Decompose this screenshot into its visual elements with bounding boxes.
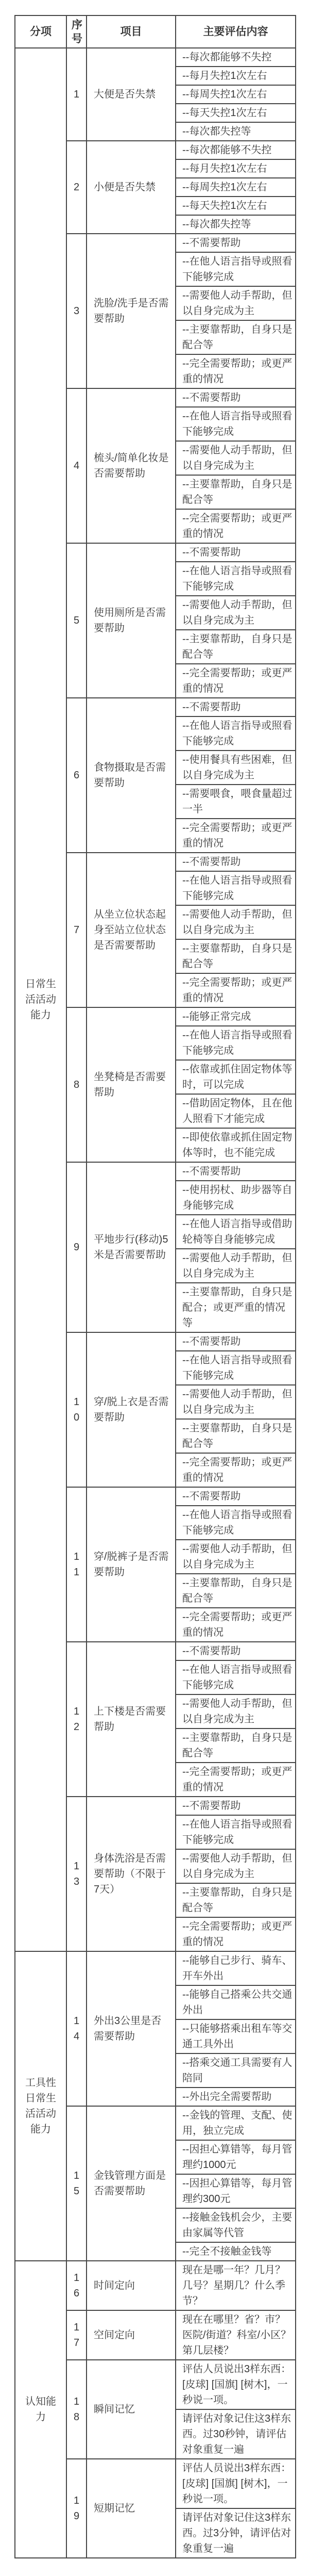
assessment-content-cell: --完全不接触金钱等 [176, 2242, 296, 2261]
assessment-content-cell: --使用拐杖、助步器等自身能够完成 [176, 1181, 296, 1215]
assessment-content-cell: --每次都失控等 [176, 215, 296, 234]
item-number-cell: 18 [66, 2360, 87, 2459]
assessment-content-cell: --完全需要帮助；或更严重的情况 [176, 1917, 296, 1951]
item-number-cell: 1 [66, 48, 87, 141]
assessment-content-cell: --每次都失控等 [176, 122, 296, 141]
assessment-content-cell: --不需要帮助 [176, 1642, 296, 1660]
assessment-content-cell: 现在在哪里？省？市？医院/街道？科室/小区？第几层楼？ [176, 2310, 296, 2360]
item-number-cell: 9 [66, 1162, 87, 1332]
assessment-content-cell: --借助固定物体，且在他人照看下才能完成 [176, 1094, 296, 1128]
table-row: 日常生活活动能力1大便是否失禁--每次都能够不失控 [15, 48, 296, 67]
item-name-cell: 小便是否失禁 [87, 141, 176, 234]
assessment-content-cell: --需要他人动手帮助，但以自身完成为主 [176, 596, 296, 630]
category-cell: 日常生活活动能力 [15, 48, 66, 1951]
assessment-content-cell: --在他人语言指导或照看下能够完成 [176, 1351, 296, 1385]
item-number-cell: 19 [66, 2459, 87, 2558]
assessment-content-cell: --能够自己搭乘公共交通外出 [176, 1985, 296, 2019]
assessment-content-cell: --能够正常完成 [176, 1007, 296, 1026]
assessment-content-cell: --每周失控1次左右 [176, 178, 296, 197]
assessment-content-cell: --在他人语言指导或照看下能够完成 [176, 1815, 296, 1849]
assessment-content-cell: --在他人语言指导或照看下能够完成 [176, 407, 296, 441]
assessment-content-cell: --搭乘交通工具需要有人陪同 [176, 2053, 296, 2088]
header-number: 序号 [66, 15, 87, 48]
assessment-content-cell: --在他人语言指导或照看下能够完成 [176, 252, 296, 286]
assessment-content-cell: --主要靠帮助，自身只是配合等 [176, 939, 296, 973]
item-name-cell: 外出3公里是否需要帮助 [87, 1951, 176, 2106]
header-category: 分项 [15, 15, 66, 48]
assessment-content-cell: 现在是哪一年？几月？几号？星期几？什么季节？ [176, 2261, 296, 2310]
assessment-content-cell: --每次都能够不失控 [176, 141, 296, 159]
assessment-content-cell: --完全需要帮助；或更严重的情况 [176, 1453, 296, 1487]
item-name-cell: 金钱管理方面是否需要帮助 [87, 2106, 176, 2261]
table-row: 认知能力16时间定向现在是哪一年？几月？几号？星期几？什么季节？ [15, 2261, 296, 2310]
item-name-cell: 大便是否失禁 [87, 48, 176, 141]
assessment-content-cell: --在他人语言指导或照看下能够完成 [176, 1026, 296, 1060]
assessment-content-cell: --在他人语言指导或照看下能够完成 [176, 871, 296, 905]
category-cell: 工具性日常生活活动能力 [15, 1951, 66, 2261]
assessment-content-cell: --需要他人动手帮助，但以自身完成为主 [176, 1694, 296, 1729]
item-name-cell: 穿/脱裤子是否需要帮助 [87, 1487, 176, 1642]
assessment-content-cell: 评估人员说出3样东西：[皮球] [国旗] [树木]，一秒说一项。 [176, 2360, 296, 2409]
item-name-cell: 穿/脱上衣是否需要帮助 [87, 1332, 176, 1487]
item-number-cell: 17 [66, 2310, 87, 2360]
item-number-cell: 14 [66, 1951, 87, 2106]
assessment-content-cell: --即使依靠或抓住固定物体等时，也不能完成 [176, 1128, 296, 1162]
assessment-content-cell: --不需要帮助 [176, 698, 296, 716]
assessment-content-cell: --需要他人动手帮助，但以自身完成为主 [176, 905, 296, 939]
assessment-content-cell: --主要靠帮助，自身只是配合等 [176, 630, 296, 664]
item-number-cell: 10 [66, 1332, 87, 1487]
item-name-cell: 使用厕所是否需要帮助 [87, 543, 176, 698]
assessment-content-cell: --因担心算错等，每月管理约300元 [176, 2174, 296, 2208]
assessment-content-cell: --不需要帮助 [176, 1797, 296, 1815]
item-name-cell: 短期记忆 [87, 2459, 176, 2558]
assessment-form-page: 分项 序号 项目 主要评估内容 日常生活活动能力1大便是否失禁--每次都能够不失… [0, 0, 309, 2576]
assessment-content-cell: --主要靠帮助，自身只是配合等 [176, 475, 296, 509]
assessment-content-cell: --不需要帮助 [176, 234, 296, 252]
item-number-cell: 5 [66, 543, 87, 698]
item-number-cell: 3 [66, 234, 87, 388]
item-number-cell: 8 [66, 1007, 87, 1162]
item-number-cell: 15 [66, 2106, 87, 2261]
assessment-content-cell: --主要靠帮助，自身只是配合等 [176, 320, 296, 354]
assessment-content-cell: --每周失控1次左右 [176, 85, 296, 104]
assessment-content-cell: --完全需要帮助；或更严重的情况 [176, 664, 296, 698]
assessment-content-cell: --需要他人动手帮助，但以自身完成为主 [176, 1540, 296, 1574]
header-assessment-content: 主要评估内容 [176, 15, 296, 48]
item-number-cell: 16 [66, 2261, 87, 2310]
item-number-cell: 7 [66, 853, 87, 1007]
assessment-content-cell: --每月失控1次左右 [176, 159, 296, 178]
assessment-content-cell: --需要他人动手帮助，但以自身完成为主 [176, 1385, 296, 1419]
assessment-content-cell: --完全需要帮助；或更严重的情况 [176, 1763, 296, 1797]
item-name-cell: 身体洗浴是否需要帮助（不限于7天） [87, 1797, 176, 1951]
item-name-cell: 时间定向 [87, 2261, 176, 2310]
assessment-content-cell: --接触金钱机会少，主要由家属等代管 [176, 2208, 296, 2242]
assessment-content-cell: --需要他人动手帮助，但以自身完成为主 [176, 1849, 296, 1883]
item-name-cell: 从坐立位状态起身至站立位状态是否需要帮助 [87, 853, 176, 1007]
assessment-content-cell: --不需要帮助 [176, 388, 296, 407]
assessment-content-cell: 请评估对象记住这3样东西。过3分钟，请评估对象重复一遍 [176, 2508, 296, 2558]
assessment-content-cell: --只能够搭乘出租车等交通工具外出 [176, 2019, 296, 2053]
assessment-content-cell: --每天失控1次左右 [176, 104, 296, 122]
assessment-content-cell: --每月失控1次左右 [176, 67, 296, 85]
assessment-content-cell: --不需要帮助 [176, 853, 296, 871]
assessment-content-cell: --完全需要帮助；或更严重的情况 [176, 354, 296, 388]
header-row: 分项 序号 项目 主要评估内容 [15, 15, 296, 48]
assessment-content-cell: --需要他人动手帮助，但以自身完成为主 [176, 1249, 296, 1283]
assessment-content-cell: --主要靠帮助，自身只是配合等 [176, 1729, 296, 1763]
assessment-table: 分项 序号 项目 主要评估内容 日常生活活动能力1大便是否失禁--每次都能够不失… [14, 15, 296, 2558]
item-name-cell: 上下楼是否需要帮助 [87, 1642, 176, 1797]
assessment-content-cell: --依靠或抓住固定物体等时，可以完成 [176, 1060, 296, 1094]
assessment-content-cell: 评估人员说出3样东西：[皮球] [国旗] [树木]，一秒说一项。 [176, 2459, 296, 2508]
item-number-cell: 4 [66, 388, 87, 543]
assessment-content-cell: --在他人语言指导或借助轮椅等自身能够完成 [176, 1215, 296, 1249]
assessment-content-cell: --完全需要帮助；或更严重的情况 [176, 509, 296, 543]
item-name-cell: 食物摄取是否需要帮助 [87, 698, 176, 853]
assessment-content-cell: 请评估对象记住这3样东西。过30秒钟，请评估对象重复一遍 [176, 2409, 296, 2459]
item-number-cell: 6 [66, 698, 87, 853]
assessment-content-cell: --主要靠帮助，自身只是配合；或更严重的情况等 [176, 1283, 296, 1332]
item-name-cell: 梳头/简单化妆是否需要帮助 [87, 388, 176, 543]
assessment-content-cell: --不需要帮助 [176, 1162, 296, 1181]
assessment-content-cell: --主要靠帮助，自身只是配合等 [176, 1419, 296, 1453]
assessment-content-cell: --需要他人动手帮助，但以自身完成为主 [176, 441, 296, 475]
item-name-cell: 洗脸/洗手是否需要帮助 [87, 234, 176, 388]
table-row: 工具性日常生活活动能力14外出3公里是否需要帮助--能够自己步行、骑车、开车外出 [15, 1951, 296, 1985]
assessment-content-cell: --完全需要帮助；或更严重的情况 [176, 1608, 296, 1642]
assessment-content-cell: --在他人语言指导或照看下能够完成 [176, 716, 296, 751]
assessment-content-cell: --完全需要帮助；或更严重的情况 [176, 973, 296, 1007]
assessment-content-cell: --不需要帮助 [176, 1487, 296, 1506]
assessment-content-cell: --金钱的管理、支配、使用，独立完成 [176, 2106, 296, 2140]
assessment-content-cell: --因担心算错等，每月管理约1000元 [176, 2140, 296, 2174]
item-name-cell: 平地步行(移动)5米是否需要帮助 [87, 1162, 176, 1332]
item-number-cell: 12 [66, 1642, 87, 1797]
assessment-content-cell: --外出完全需要帮助 [176, 2088, 296, 2106]
assessment-content-cell: --不需要帮助 [176, 1332, 296, 1351]
assessment-content-cell: --能够自己步行、骑车、开车外出 [176, 1951, 296, 1985]
assessment-content-cell: --需要喂食，喂食量超过一半 [176, 785, 296, 819]
assessment-content-cell: --需要他人动手帮助，但以自身完成为主 [176, 286, 296, 320]
header-item: 项目 [87, 15, 176, 48]
assessment-table-body: 日常生活活动能力1大便是否失禁--每次都能够不失控--每月失控1次左右--每周失… [15, 48, 296, 2558]
item-name-cell: 空间定向 [87, 2310, 176, 2360]
assessment-content-cell: --每天失控1次左右 [176, 197, 296, 215]
item-name-cell: 坐凳椅是否需要帮助 [87, 1007, 176, 1162]
assessment-content-cell: --在他人语言指导或照看下能够完成 [176, 1506, 296, 1540]
assessment-content-cell: --完全需要帮助；或更严重的情况 [176, 819, 296, 853]
assessment-content-cell: --在他人语言指导或照看下能够完成 [176, 562, 296, 596]
assessment-content-cell: --主要靠帮助，自身只是配合等 [176, 1574, 296, 1608]
item-number-cell: 13 [66, 1797, 87, 1951]
assessment-content-cell: --主要靠帮助，自身只是配合等 [176, 1883, 296, 1917]
item-number-cell: 2 [66, 141, 87, 234]
assessment-content-cell: --每次都能够不失控 [176, 48, 296, 67]
assessment-content-cell: --使用餐具有些困难，但以自身完成为主 [176, 751, 296, 785]
item-number-cell: 11 [66, 1487, 87, 1642]
assessment-content-cell: --不需要帮助 [176, 543, 296, 562]
item-name-cell: 瞬间记忆 [87, 2360, 176, 2459]
assessment-content-cell: --在他人语言指导或照看下能够完成 [176, 1660, 296, 1694]
category-cell: 认知能力 [15, 2261, 66, 2558]
